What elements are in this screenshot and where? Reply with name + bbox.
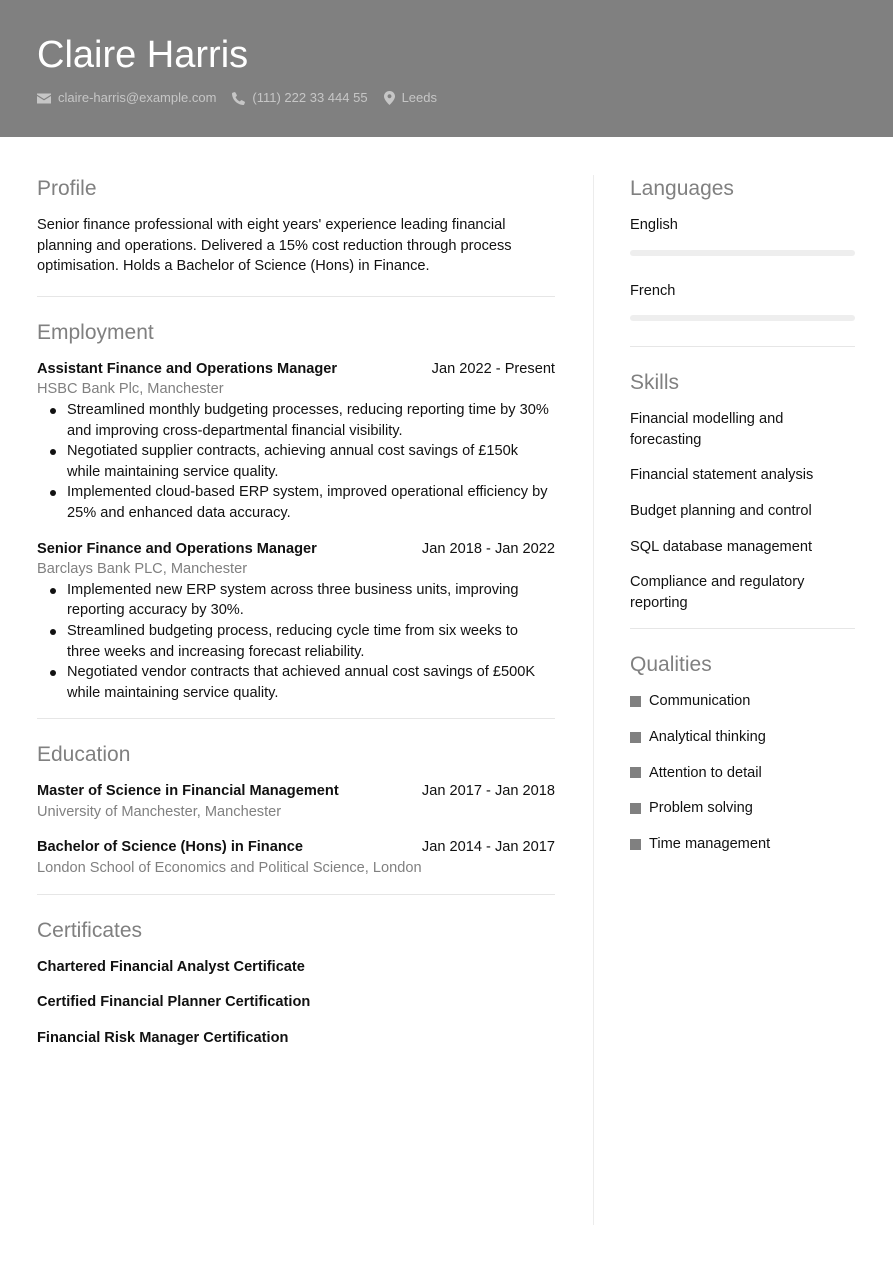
square-bullet-icon (630, 803, 641, 814)
map-pin-icon (384, 91, 395, 105)
candidate-name: Claire Harris (37, 33, 248, 77)
skill-item: Financial modelling and forecasting (630, 409, 855, 450)
phone-text: (111) 222 33 444 55 (252, 89, 367, 107)
achievement-item: Negotiated vendor contracts that achieve… (37, 662, 555, 703)
language-entry: English (630, 215, 855, 256)
qualities-heading: Qualities (630, 651, 855, 679)
quality-label: Time management (649, 834, 770, 855)
certificates-heading: Certificates (37, 917, 555, 945)
contact-phone[interactable]: (111) 222 33 444 55 (232, 89, 367, 107)
profile-section: Profile Senior finance professional with… (37, 175, 555, 297)
sidebar-column: Languages EnglishFrench Skills Financial… (630, 175, 855, 869)
square-bullet-icon (630, 732, 641, 743)
skill-item: Financial statement analysis (630, 465, 855, 486)
education-dates: Jan 2014 - Jan 2017 (422, 837, 555, 858)
certificate-item: Chartered Financial Analyst Certificate (37, 957, 555, 978)
achievement-item: Implemented new ERP system across three … (37, 580, 555, 621)
achievement-item: Implemented cloud-based ERP system, impr… (37, 482, 555, 523)
language-level-bar (630, 250, 855, 256)
employment-heading: Employment (37, 319, 555, 347)
language-name: French (630, 281, 855, 302)
location-text: Leeds (402, 89, 437, 107)
quality-item: Time management (630, 834, 855, 855)
skills-heading: Skills (630, 369, 855, 397)
achievement-item: Streamlined monthly budgeting processes,… (37, 400, 555, 441)
job-dates: Jan 2018 - Jan 2022 (422, 539, 555, 560)
degree-title: Bachelor of Science (Hons) in Finance (37, 837, 303, 858)
education-heading: Education (37, 741, 555, 769)
section-divider (37, 718, 555, 719)
certificate-list: Chartered Financial Analyst CertificateC… (37, 957, 555, 1049)
job-company: HSBC Bank Plc, Manchester (37, 379, 555, 400)
quality-item: Analytical thinking (630, 727, 855, 748)
job-achievements: Implemented new ERP system across three … (37, 580, 555, 704)
education-entry: Bachelor of Science (Hons) in FinanceJan… (37, 837, 555, 878)
job-achievements: Streamlined monthly budgeting processes,… (37, 400, 555, 524)
profile-heading: Profile (37, 175, 555, 203)
email-text: claire-harris@example.com (58, 89, 216, 107)
achievement-item: Negotiated supplier contracts, achieving… (37, 441, 555, 482)
quality-item: Problem solving (630, 798, 855, 819)
quality-item: Attention to detail (630, 763, 855, 784)
certificate-item: Certified Financial Planner Certificatio… (37, 992, 555, 1013)
skill-list: Financial modelling and forecastingFinan… (630, 409, 855, 613)
education-header: Bachelor of Science (Hons) in FinanceJan… (37, 837, 555, 858)
employment-section: Employment Assistant Finance and Operati… (37, 319, 555, 720)
section-divider (37, 894, 555, 895)
qualities-section: Qualities CommunicationAnalytical thinki… (630, 651, 855, 854)
contact-info: claire-harris@example.com (111) 222 33 4… (37, 89, 453, 107)
language-level-bar (630, 315, 855, 321)
job-entry: Senior Finance and Operations ManagerJan… (37, 539, 555, 704)
job-company: Barclays Bank PLC, Manchester (37, 559, 555, 580)
education-entry: Master of Science in Financial Managemen… (37, 781, 555, 822)
column-divider (593, 175, 594, 1225)
section-divider (37, 296, 555, 297)
education-dates: Jan 2017 - Jan 2018 (422, 781, 555, 802)
quality-label: Attention to detail (649, 763, 762, 784)
job-header: Assistant Finance and Operations Manager… (37, 359, 555, 380)
achievement-item: Streamlined budgeting process, reducing … (37, 621, 555, 662)
certificates-section: Certificates Chartered Financial Analyst… (37, 917, 555, 1049)
quality-label: Problem solving (649, 798, 753, 819)
school-name: University of Manchester, Manchester (37, 802, 555, 823)
skills-section: Skills Financial modelling and forecasti… (630, 369, 855, 629)
job-title: Assistant Finance and Operations Manager (37, 359, 337, 380)
job-header: Senior Finance and Operations ManagerJan… (37, 539, 555, 560)
contact-email[interactable]: claire-harris@example.com (37, 89, 216, 107)
skill-item: Budget planning and control (630, 501, 855, 522)
square-bullet-icon (630, 839, 641, 850)
section-divider (630, 346, 855, 347)
job-entry: Assistant Finance and Operations Manager… (37, 359, 555, 524)
resume-header: Claire Harris claire-harris@example.com … (0, 0, 893, 137)
square-bullet-icon (630, 696, 641, 707)
skill-item: Compliance and regulatory reporting (630, 572, 855, 613)
education-header: Master of Science in Financial Managemen… (37, 781, 555, 802)
certificate-item: Financial Risk Manager Certification (37, 1028, 555, 1049)
education-section: Education Master of Science in Financial… (37, 741, 555, 894)
section-divider (630, 628, 855, 629)
skill-item: SQL database management (630, 537, 855, 558)
language-list: EnglishFrench (630, 215, 855, 321)
profile-summary: Senior finance professional with eight y… (37, 215, 555, 277)
quality-label: Communication (649, 691, 750, 712)
education-list: Master of Science in Financial Managemen… (37, 781, 555, 878)
envelope-icon (37, 93, 51, 104)
quality-label: Analytical thinking (649, 727, 766, 748)
main-column: Profile Senior finance professional with… (37, 175, 555, 1063)
languages-heading: Languages (630, 175, 855, 203)
languages-section: Languages EnglishFrench (630, 175, 855, 347)
job-dates: Jan 2022 - Present (432, 359, 555, 380)
square-bullet-icon (630, 767, 641, 778)
job-title: Senior Finance and Operations Manager (37, 539, 317, 560)
phone-icon (232, 92, 245, 105)
quality-list: CommunicationAnalytical thinkingAttentio… (630, 691, 855, 854)
language-name: English (630, 215, 855, 236)
school-name: London School of Economics and Political… (37, 858, 555, 879)
language-entry: French (630, 281, 855, 322)
job-list: Assistant Finance and Operations Manager… (37, 359, 555, 704)
degree-title: Master of Science in Financial Managemen… (37, 781, 339, 802)
quality-item: Communication (630, 691, 855, 712)
contact-location: Leeds (384, 89, 437, 107)
